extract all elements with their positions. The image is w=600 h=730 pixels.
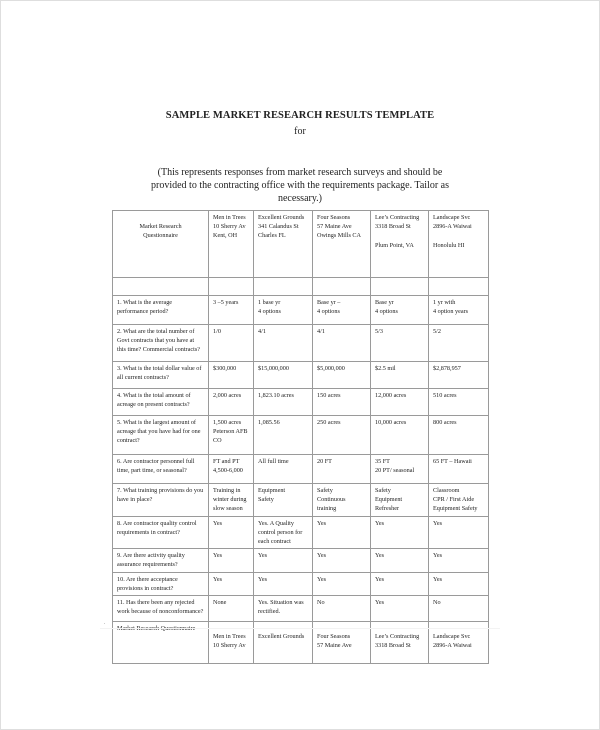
answer-cell: Yes <box>371 596 429 622</box>
document-subtitle: for <box>0 126 600 137</box>
answer-cell: 800 acres <box>429 416 489 455</box>
answer-cell: 1 base yr 4 options <box>254 296 313 325</box>
vendor-header: Landscape Svc 2896-A Waiwai Honolulu HI <box>429 211 489 278</box>
answer-cell: Yes <box>313 549 371 572</box>
answer-cell: Yes <box>429 516 489 549</box>
answer-cell: 510 acres <box>429 389 489 416</box>
answer-cell: $2.5 mil <box>371 362 429 389</box>
question-cell: 1. What is the average performance perio… <box>113 296 209 325</box>
answer-cell: Yes <box>254 572 313 595</box>
answer-cell: All full time <box>254 455 313 484</box>
answer-cell: 1/0 <box>209 325 254 362</box>
vendor-header: Four Seasons 57 Maine Ave Owings Mills C… <box>313 211 371 278</box>
answer-cell: Yes <box>313 516 371 549</box>
document-title: SAMPLE MARKET RESEARCH RESULTS TEMPLATE <box>0 110 600 121</box>
header-questionnaire-label: Market Research Questionnaire <box>113 211 209 278</box>
answer-cell: Yes <box>429 572 489 595</box>
answer-cell: 4/1 <box>254 325 313 362</box>
answer-cell: 20 FT <box>313 455 371 484</box>
answer-cell: Yes <box>371 516 429 549</box>
table-row: 1. What is the average performance perio… <box>113 296 489 325</box>
answer-cell: 3 –5 years <box>209 296 254 325</box>
answer-cell: Yes. A Quality control person for each c… <box>254 516 313 549</box>
question-cell: 2. What are the total number of Govt con… <box>113 325 209 362</box>
market-research-table: Market Research Questionnaire Men in Tre… <box>112 210 489 664</box>
table-row: 3. What is the total dollar value of all… <box>113 362 489 389</box>
question-cell: 11. Has there been any rejected work bec… <box>113 596 209 622</box>
table-header-row: Market Research Questionnaire Men in Tre… <box>113 211 489 278</box>
question-cell: 6. Are contractor personnel full time, p… <box>113 455 209 484</box>
vendor-header: Lee’s Contracting 3318 Broad St Plum Poi… <box>371 211 429 278</box>
table-row: 9. Are there activity quality assurance … <box>113 549 489 572</box>
answer-cell: $2,878,957 <box>429 362 489 389</box>
answer-cell: 150 acres <box>313 389 371 416</box>
table-row: 2. What are the total number of Govt con… <box>113 325 489 362</box>
answer-cell: Yes <box>209 549 254 572</box>
answer-cell: Training in winter during slow season <box>209 484 254 517</box>
answer-cell: 1 yr with 4 option years <box>429 296 489 325</box>
answer-cell: 10,000 acres <box>371 416 429 455</box>
page-divider <box>100 628 500 629</box>
blank-row <box>113 278 489 296</box>
question-cell: 8. Are contractor quality control requir… <box>113 516 209 549</box>
answer-cell: Yes <box>209 516 254 549</box>
answer-cell: No <box>313 596 371 622</box>
answer-cell: Classroom CPR / First Aide Equipment Saf… <box>429 484 489 517</box>
answer-cell: 5/3 <box>371 325 429 362</box>
answer-cell: 250 acres <box>313 416 371 455</box>
table-row: 4. What is the total amount of acreage o… <box>113 389 489 416</box>
table-row: 11. Has there been any rejected work bec… <box>113 596 489 622</box>
answer-cell: Safety Continuous training <box>313 484 371 517</box>
document-note: (This represents responses from market r… <box>140 166 460 205</box>
question-cell: 9. Are there activity quality assurance … <box>113 549 209 572</box>
answer-cell: Equipment Safety <box>254 484 313 517</box>
question-cell: 3. What is the total dollar value of all… <box>113 362 209 389</box>
answer-cell: 5/2 <box>429 325 489 362</box>
table-row: 6. Are contractor personnel full time, p… <box>113 455 489 484</box>
answer-cell: Yes <box>254 549 313 572</box>
answer-cell: 1,085.56 <box>254 416 313 455</box>
answer-cell: 12,000 acres <box>371 389 429 416</box>
answer-cell: 4/1 <box>313 325 371 362</box>
answer-cell: Yes <box>209 572 254 595</box>
answer-cell: Yes. Situation was rectified. <box>254 596 313 622</box>
answer-cell: 1,500 acres Peterson AFB CO <box>209 416 254 455</box>
answer-cell: $300,000 <box>209 362 254 389</box>
answer-cell: $5,000,000 <box>313 362 371 389</box>
question-cell: 10. Are there acceptance provisions in c… <box>113 572 209 595</box>
answer-cell: No <box>429 596 489 622</box>
answer-cell: Yes <box>371 572 429 595</box>
answer-cell: None <box>209 596 254 622</box>
table-row: 5. What is the largest amount of acreage… <box>113 416 489 455</box>
vendor-header: Excellent Grounds 341 Calandus St Charle… <box>254 211 313 278</box>
question-cell: 4. What is the total amount of acreage o… <box>113 389 209 416</box>
page-mark <box>104 623 105 624</box>
answer-cell: Safety Equipment Refresher <box>371 484 429 517</box>
answer-cell: Yes <box>371 549 429 572</box>
table-row: 10. Are there acceptance provisions in c… <box>113 572 489 595</box>
answer-cell: Yes <box>429 549 489 572</box>
answer-cell: 2,000 acres <box>209 389 254 416</box>
vendor-header: Men in Trees 10 Sherry Av Kent, OH <box>209 211 254 278</box>
answer-cell: Base yr – 4 options <box>313 296 371 325</box>
answer-cell: 35 FT 20 PT/ seasonal <box>371 455 429 484</box>
answer-cell: Yes <box>313 572 371 595</box>
answer-cell: Base yr 4 options <box>371 296 429 325</box>
question-cell: 7. What training provisions do you have … <box>113 484 209 517</box>
table-row: 7. What training provisions do you have … <box>113 484 489 517</box>
question-cell: 5. What is the largest amount of acreage… <box>113 416 209 455</box>
answer-cell: 1,823.10 acres <box>254 389 313 416</box>
answer-cell: $15,000,000 <box>254 362 313 389</box>
answer-cell: 65 FT – Hawaii <box>429 455 489 484</box>
table-row: 8. Are contractor quality control requir… <box>113 516 489 549</box>
answer-cell: FT and PT 4,500-6,000 <box>209 455 254 484</box>
